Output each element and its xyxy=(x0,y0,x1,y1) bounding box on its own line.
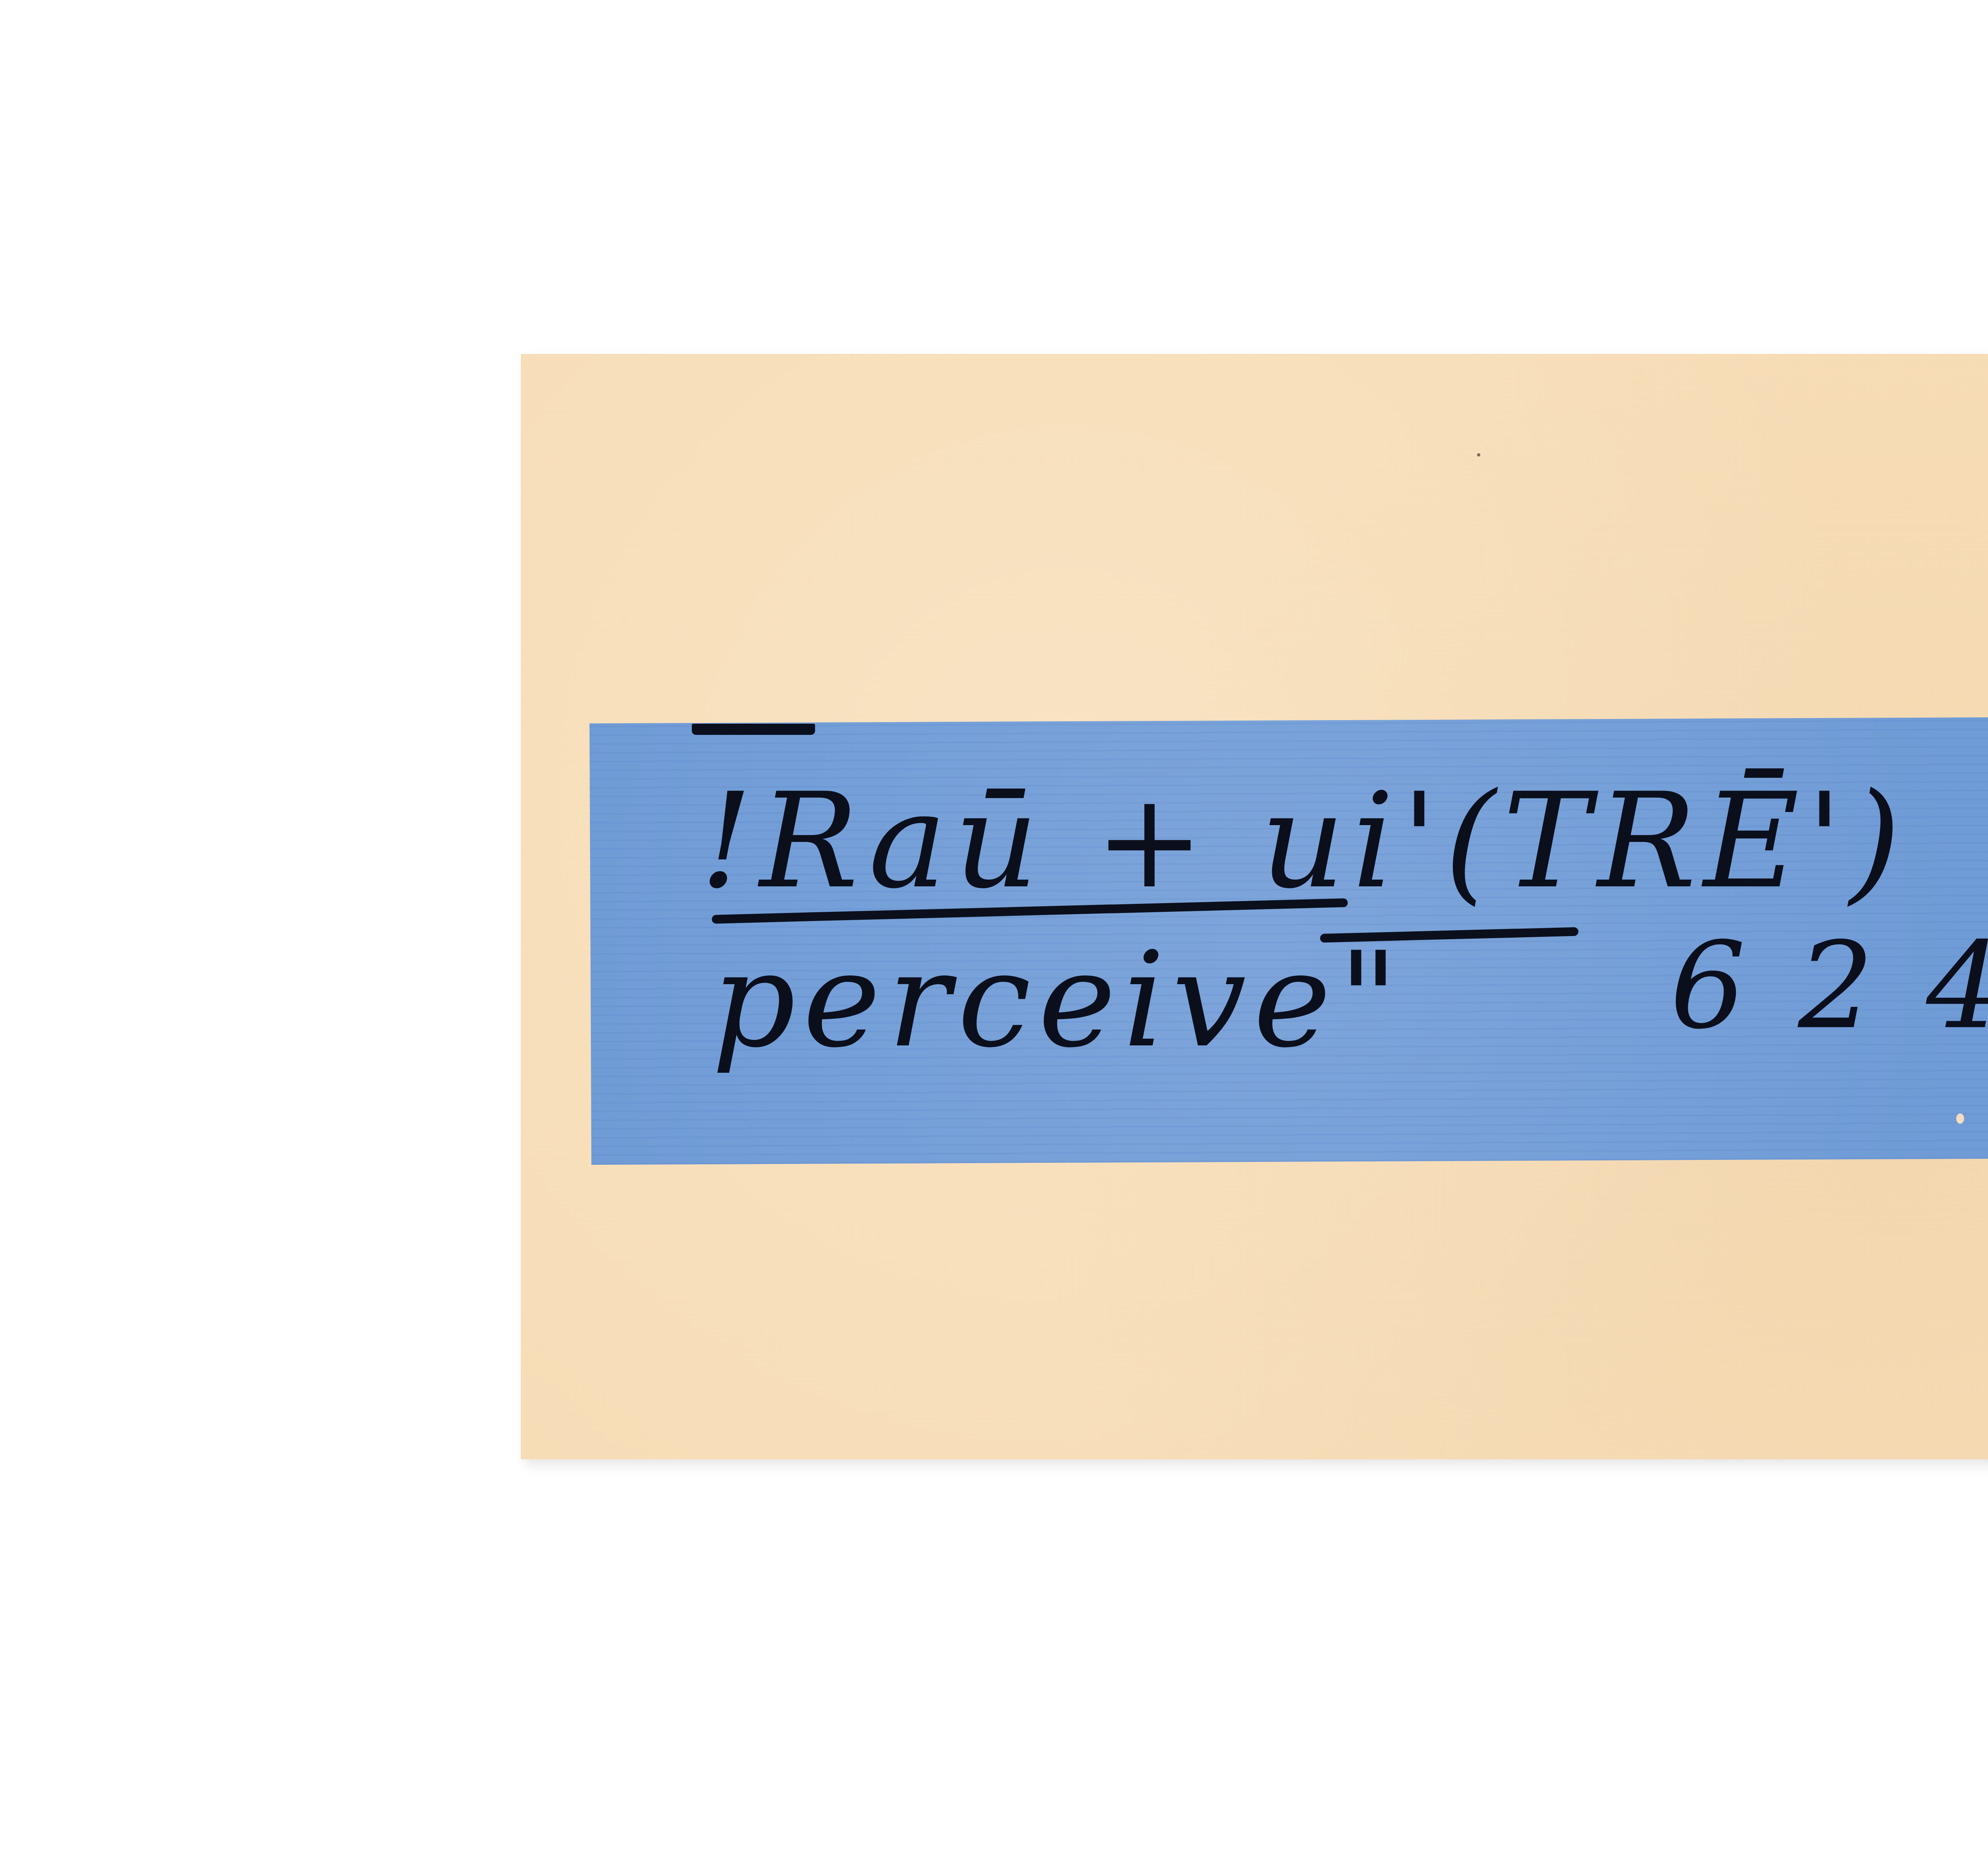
reference-numbers: 6 2 4, 15 P23, xyxy=(1670,927,1988,1046)
handwriting-line-1: !Raū + ui'(TRĒ') "smelling xyxy=(700,775,1988,907)
paper-spot xyxy=(1956,1113,1964,1124)
paper-speck xyxy=(1477,453,1480,457)
ink-blot xyxy=(692,724,815,735)
entry-term: !Raū + ui'(TRĒ') xyxy=(700,765,1908,917)
entry-gloss-end: perceive" xyxy=(712,934,1406,1066)
